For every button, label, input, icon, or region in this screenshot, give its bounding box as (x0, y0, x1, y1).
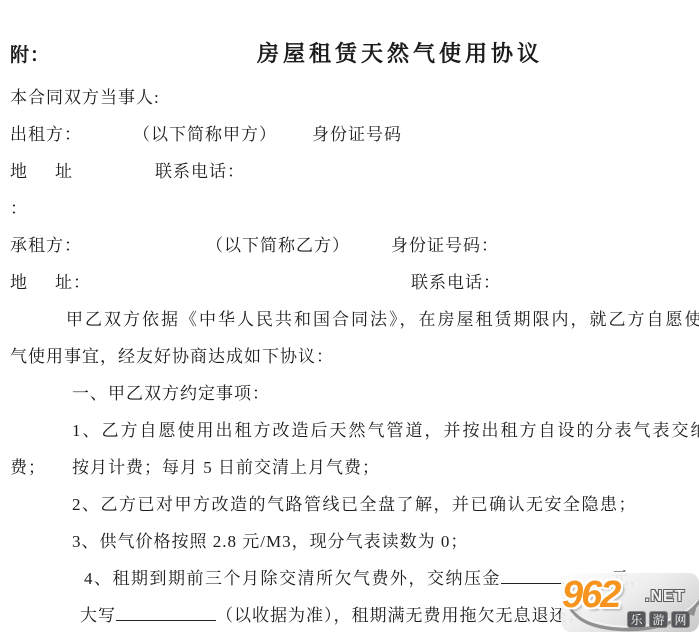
doc-text: 3、供气价格按照 2.8 元/M3，现分气表读数为 0； (72, 532, 468, 551)
doc-line: 一、甲乙双方约定事项： (72, 375, 270, 412)
doc-text: ： (10, 199, 28, 218)
doc-text: （以收据为准），租期满无费用拖欠无息退还； (216, 606, 586, 625)
doc-text: 联系电话： (411, 273, 501, 292)
doc-text: 地 (10, 162, 28, 181)
doc-line: 本合同双方当事人: (10, 79, 160, 116)
space-gap (46, 472, 72, 473)
doc-line: 3、供气价格按照 2.8 元/M3，现分气表读数为 0； (72, 523, 468, 560)
doc-text: 本合同双方当事人: (10, 88, 160, 107)
space-gap (73, 176, 155, 177)
doc-line: 气使用事宜，经友好协商达成如下协议： (10, 338, 334, 375)
site-name-char: 网 (671, 611, 690, 628)
doc-text: 甲乙双方依据《中华人民共和国合同法》，在房屋租赁期限内，就乙方自愿使 (66, 310, 699, 329)
doc-text: 2、乙方已对甲方改造的气路管线已全盘了解，并已确认无安全隐患； (72, 495, 637, 514)
site-name-char: 游 (649, 611, 668, 628)
doc-line: ： (10, 190, 28, 227)
space-gap (28, 287, 55, 288)
doc-text: 一、甲乙双方约定事项： (72, 384, 270, 403)
doc-text: 地 (10, 273, 28, 292)
doc-text: （以下简称乙方） (206, 236, 350, 255)
site-name-char: 乐 (627, 611, 646, 628)
doc-text: 承租方： (10, 236, 82, 255)
doc-line: 出租方：（以下简称甲方）身份证号码 (10, 116, 402, 153)
doc-text: 址 (55, 162, 73, 181)
doc-line: 甲乙双方依据《中华人民共和国合同法》，在房屋租赁期限内，就乙方自愿使 (66, 301, 699, 338)
doc-text: 4、租期到期前三个月除交清所欠气费外，交纳压金 (84, 569, 501, 588)
space-gap (28, 176, 55, 177)
watermark-site-name: 乐 游 网 (627, 611, 690, 628)
doc-line: 地址：联系电话： (10, 264, 501, 301)
doc-text: 大写 (80, 606, 116, 625)
watermark-logo: 962 .NET 乐 游 网 (561, 573, 699, 632)
doc-text: 1、乙方自愿使用出租方改造后天然气管道，并按出租方自设的分表气表交纳 (72, 421, 699, 440)
doc-text: 身份证号码 (312, 125, 402, 144)
attachment-label: 附： (10, 40, 50, 67)
space-gap (350, 250, 391, 251)
doc-text: 身份证号码： (391, 236, 499, 255)
document-page: 附： 房屋租赁天然气使用协议 本合同双方当事人:出租方：（以下简称甲方）身份证号… (0, 0, 699, 632)
page-title: 房屋租赁天然气使用协议 (257, 37, 543, 68)
space-gap (82, 139, 133, 140)
doc-text: 出租方： (10, 125, 82, 144)
doc-text: 联系电话： (155, 162, 245, 181)
doc-line: 2、乙方已对甲方改造的气路管线已全盘了解，并已确认无安全隐患； (72, 486, 637, 523)
doc-text: 气使用事宜，经友好协商达成如下协议： (10, 347, 334, 366)
watermark-number: 962 (562, 574, 619, 617)
doc-text: 址： (55, 273, 91, 292)
doc-line: 1、乙方自愿使用出租方改造后天然气管道，并按出租方自设的分表气表交纳 (72, 412, 699, 449)
doc-text: 费； (10, 458, 46, 477)
doc-text: （以下简称甲方） (133, 125, 277, 144)
space-gap (277, 139, 312, 140)
blank-underline (116, 605, 216, 621)
space-gap (91, 287, 411, 288)
watermark-domain: .NET (645, 588, 685, 606)
doc-line: 承租方：（以下简称乙方）身份证号码： (10, 227, 499, 264)
doc-line: 费；按月计费；每月 5 日前交清上月气费； (10, 449, 380, 486)
space-gap (82, 250, 206, 251)
doc-line: 大写（以收据为准），租期满无费用拖欠无息退还； (80, 597, 586, 632)
doc-line: 地址联系电话： (10, 153, 245, 190)
doc-text: 按月计费；每月 5 日前交清上月气费； (72, 458, 380, 477)
